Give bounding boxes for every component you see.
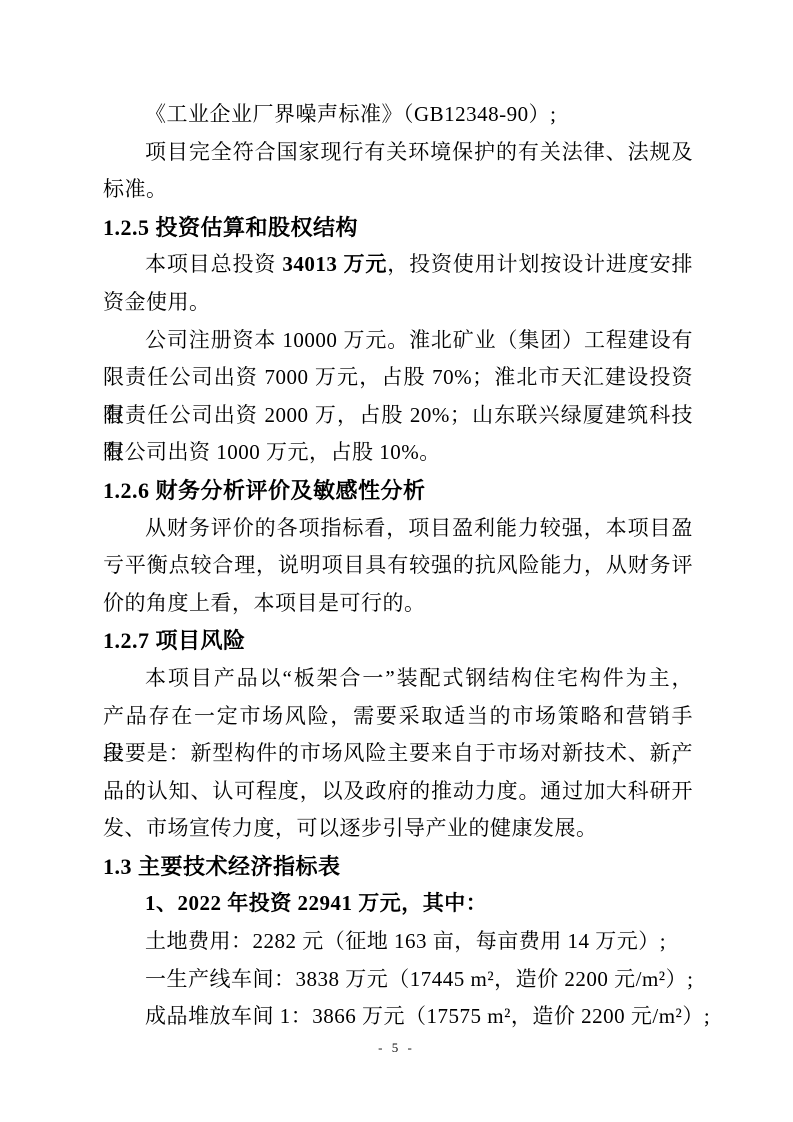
document-page: 《工业企业厂界噪声标准》（GB12348-90）;项目完全符合国家现行有关环境保…	[0, 0, 793, 1122]
text-line: 公司注册资本 10000 万元。淮北矿业（集团）工程建设有	[103, 322, 693, 360]
text-segment: 1.3 主要技术经济指标表	[103, 854, 341, 879]
page-number: - 5 -	[0, 1040, 793, 1056]
text-segment: 标准。	[103, 177, 168, 201]
text-line: 产品存在一定市场风险，需要采取适当的市场策略和营销手段，	[103, 698, 693, 736]
text-line: 标准。	[103, 171, 693, 209]
section-heading: 1.2.7 项目风险	[103, 622, 693, 660]
text-segment: 项目完全符合国家现行有关环境保护的有关法律、法规及	[145, 140, 693, 164]
text-segment: 公司注册资本 10000 万元。淮北矿业（集团）工程建设有	[145, 328, 693, 352]
text-line: 1、2022 年投资 22941 万元，其中：	[103, 885, 693, 923]
text-segment: 发、市场宣传力度，可以逐步引导产业的健康发展。	[103, 816, 598, 840]
text-segment: 主要是：新型构件的市场风险主要来自于市场对新技术、新产	[103, 741, 693, 765]
text-line: 亏平衡点较合理，说明项目具有较强的抗风险能力，从财务评	[103, 547, 693, 585]
text-line: 项目完全符合国家现行有关环境保护的有关法律、法规及	[103, 134, 693, 172]
text-segment: 1.2.7 项目风险	[103, 628, 246, 653]
text-line: 土地费用：2282 元（征地 163 亩，每亩费用 14 万元）;	[103, 923, 693, 961]
text-segment: 成品堆放车间 1：3866 万元（17575 m²，造价 2200 元/m²）;	[145, 1004, 710, 1028]
text-line: 价的角度上看，本项目是可行的。	[103, 585, 693, 623]
text-line: 限公司出资 1000 万元，占股 10%。	[103, 434, 693, 472]
text-line: 一生产线车间：3838 万元（17445 m²，造价 2200 元/m²）;	[103, 961, 693, 999]
text-line: 限责任公司出资 7000 万元，占股 70%；淮北市天汇建设投资有	[103, 359, 693, 397]
text-line: 本项目产品以“板架合一”装配式钢结构住宅构件为主，	[103, 660, 693, 698]
emphasized-text: 1、2022 年投资 22941 万元，其中：	[145, 891, 487, 915]
text-segment: 《工业企业厂界噪声标准》（GB12348-90）;	[145, 102, 557, 126]
text-line: 从财务评价的各项指标看，项目盈利能力较强，本项目盈	[103, 510, 693, 548]
text-segment: 1.2.5 投资估算和股权结构	[103, 215, 358, 240]
text-segment: 从财务评价的各项指标看，项目盈利能力较强，本项目盈	[145, 516, 693, 540]
section-heading: 1.2.5 投资估算和股权结构	[103, 209, 693, 247]
text-line: 发、市场宣传力度，可以逐步引导产业的健康发展。	[103, 810, 693, 848]
text-line: 资金使用。	[103, 284, 693, 322]
document-content: 《工业企业厂界噪声标准》（GB12348-90）;项目完全符合国家现行有关环境保…	[103, 96, 693, 1036]
text-segment: 亏平衡点较合理，说明项目具有较强的抗风险能力，从财务评	[103, 553, 693, 577]
text-segment: 1.2.6 财务分析评价及敏感性分析	[103, 478, 426, 503]
text-segment: 价的角度上看，本项目是可行的。	[103, 591, 426, 615]
text-line: 主要是：新型构件的市场风险主要来自于市场对新技术、新产	[103, 735, 693, 773]
text-segment: ，投资使用计划按设计进度安排	[387, 252, 693, 276]
text-segment: 本项目产品以“板架合一”装配式钢结构住宅构件为主，	[145, 666, 693, 690]
text-segment: 土地费用：2282 元（征地 163 亩，每亩费用 14 万元）;	[145, 929, 666, 953]
text-line: 品的认知、认可程度，以及政府的推动力度。通过加大科研开	[103, 773, 693, 811]
section-heading: 1.2.6 财务分析评价及敏感性分析	[103, 472, 693, 510]
text-segment: 一生产线车间：3838 万元（17445 m²，造价 2200 元/m²）;	[145, 967, 693, 991]
text-line: 限责任公司出资 2000 万，占股 20%；山东联兴绿厦建筑科技有	[103, 397, 693, 435]
text-line: 本项目总投资 34013 万元，投资使用计划按设计进度安排	[103, 246, 693, 284]
text-segment: 限公司出资 1000 万元，占股 10%。	[103, 440, 441, 464]
text-line: 成品堆放车间 1：3866 万元（17575 m²，造价 2200 元/m²）;	[103, 998, 693, 1036]
text-segment: 资金使用。	[103, 290, 211, 314]
section-heading: 1.3 主要技术经济指标表	[103, 848, 693, 886]
text-line: 《工业企业厂界噪声标准》（GB12348-90）;	[103, 96, 693, 134]
emphasized-text: 34013 万元	[282, 252, 387, 276]
text-segment: 本项目总投资	[145, 252, 282, 276]
text-segment: 品的认知、认可程度，以及政府的推动力度。通过加大科研开	[103, 779, 693, 803]
